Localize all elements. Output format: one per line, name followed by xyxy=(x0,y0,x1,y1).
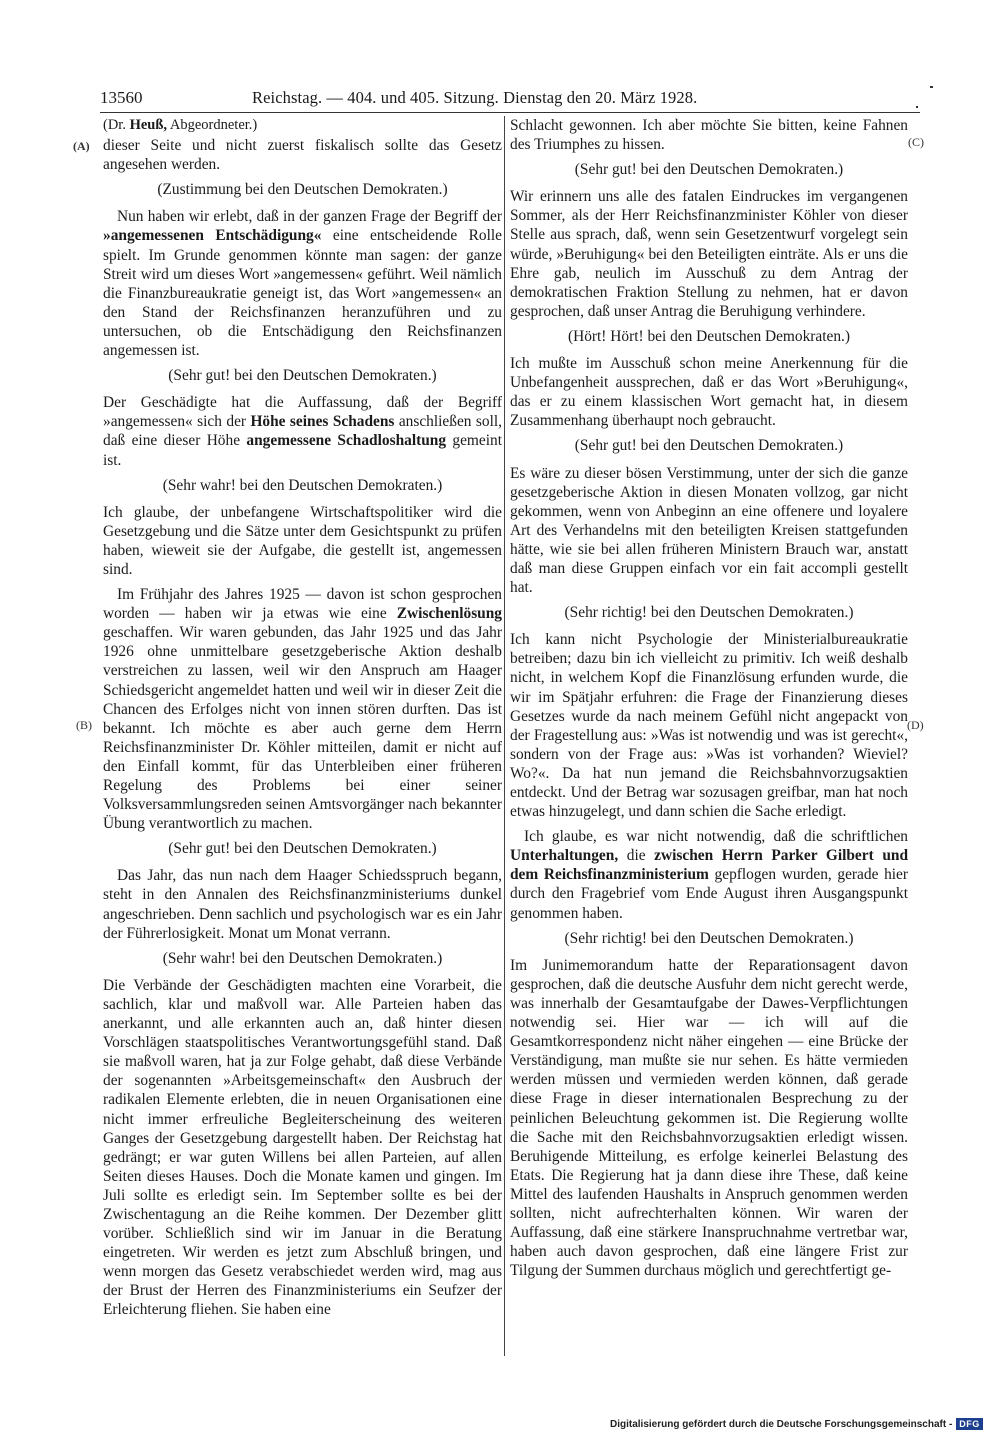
scan-speck xyxy=(916,106,918,108)
interjection: (Sehr gut! bei den Deutschen Demokraten.… xyxy=(103,839,502,858)
text-run: Es wäre zu dieser bösen Verstimmung, unt… xyxy=(510,465,908,597)
paragraph: Schlacht gewonnen. Ich aber möchte Sie b… xyxy=(510,116,908,154)
emphasized-text: angemessene Schadloshaltung xyxy=(246,432,446,449)
text-run: Ich glaube, es war nicht notwendig, daß … xyxy=(524,828,908,845)
page-header: 13560 Reichstag. — 404. und 405. Sitzung… xyxy=(100,86,920,113)
margin-mark-d: (D) xyxy=(907,718,924,733)
paragraph: Ich kann nicht Psychologie der Ministeri… xyxy=(510,630,908,821)
paragraph: Im Frühjahr des Jahres 1925 — davon ist … xyxy=(103,585,502,833)
left-column: (Dr. Heuß, Abgeordneter.) dieser Seite u… xyxy=(103,116,502,1326)
speaker-role: Abgeordneter.) xyxy=(167,117,257,133)
text-run: Im Junimemorandum hatte der Reparationsa… xyxy=(510,957,908,1280)
text-run: geschaffen. Wir waren gebunden, das Jahr… xyxy=(103,624,502,832)
interjection: (Sehr wahr! bei den Deutschen Demokraten… xyxy=(103,949,502,968)
credit-text: Digitalisierung gefördert durch die Deut… xyxy=(610,1419,952,1430)
interjection: (Sehr gut! bei den Deutschen Demokraten.… xyxy=(510,160,908,179)
dfg-logo-icon: DFG xyxy=(956,1418,983,1430)
interjection: (Sehr gut! bei den Deutschen Demokraten.… xyxy=(103,366,502,385)
column-divider xyxy=(504,116,505,1356)
text-run: Wir erinnern uns alle des fatalen Eindru… xyxy=(510,188,908,320)
running-title: Reichstag. — 404. und 405. Sitzung. Dien… xyxy=(252,88,697,108)
margin-mark-c: (C) xyxy=(908,135,924,150)
margin-mark-a: (A) xyxy=(73,139,90,154)
interjection: (Sehr gut! bei den Deutschen Demokraten.… xyxy=(510,436,908,455)
interjection: (Zustimmung bei den Deutschen Demokraten… xyxy=(103,180,502,199)
interjection: (Hört! Hört! bei den Deutschen Demokrate… xyxy=(510,327,908,346)
text-run: Das Jahr, das nun nach dem Haager Schied… xyxy=(103,867,502,941)
emphasized-text: Zwischenlösung xyxy=(397,605,502,622)
emphasized-text: Unterhaltungen, xyxy=(510,847,618,864)
paragraph: Im Junimemorandum hatte der Reparationsa… xyxy=(510,956,908,1281)
text-run: dieser Seite und nicht zuerst fiskalisch… xyxy=(103,137,502,173)
emphasized-text: »angemessenen Entschädigung« xyxy=(103,227,321,244)
paragraph: Das Jahr, das nun nach dem Haager Schied… xyxy=(103,866,502,942)
emphasized-text: Höhe seines Schadens xyxy=(250,413,394,430)
page-number: 13560 xyxy=(100,88,143,108)
speaker-attribution: (Dr. Heuß, Abgeordneter.) xyxy=(103,116,502,135)
text-run: Die Verbände der Geschädigten machten ei… xyxy=(103,977,502,1319)
text-run: die xyxy=(618,847,654,864)
text-run: Ich mußte im Ausschuß schon meine Anerke… xyxy=(510,355,908,429)
interjection: (Sehr richtig! bei den Deutschen Demokra… xyxy=(510,603,908,622)
paragraph: Ich mußte im Ausschuß schon meine Anerke… xyxy=(510,354,908,430)
paragraph: Nun haben wir erlebt, daß in der ganzen … xyxy=(103,207,502,360)
margin-mark-b: (B) xyxy=(76,718,92,733)
paragraph: Ich glaube, es war nicht notwendig, daß … xyxy=(510,827,908,922)
text-run: Schlacht gewonnen. Ich aber möchte Sie b… xyxy=(510,117,908,153)
right-column: Schlacht gewonnen. Ich aber möchte Sie b… xyxy=(510,116,908,1286)
right-column-text: Schlacht gewonnen. Ich aber möchte Sie b… xyxy=(510,116,908,1280)
digitization-credit: Digitalisierung gefördert durch die Deut… xyxy=(610,1418,983,1430)
paragraph: Ich glaube, der unbefangene Wirtschaftsp… xyxy=(103,503,502,579)
paragraph: Die Verbände der Geschädigten machten ei… xyxy=(103,976,502,1320)
left-column-text: dieser Seite und nicht zuerst fiskalisch… xyxy=(103,136,502,1319)
paragraph: Wir erinnern uns alle des fatalen Eindru… xyxy=(510,187,908,321)
speaker-prefix: (Dr. xyxy=(103,117,130,133)
text-run: Nun haben wir erlebt, daß in der ganzen … xyxy=(117,208,502,225)
text-run: Ich glaube, der unbefangene Wirtschaftsp… xyxy=(103,504,502,578)
paragraph: Es wäre zu dieser bösen Verstimmung, unt… xyxy=(510,464,908,598)
text-run: Ich kann nicht Psychologie der Ministeri… xyxy=(510,631,908,820)
document-page: 13560 Reichstag. — 404. und 405. Sitzung… xyxy=(0,0,1000,1434)
paragraph: Der Geschädigte hat die Auffassung, daß … xyxy=(103,393,502,469)
paragraph: dieser Seite und nicht zuerst fiskalisch… xyxy=(103,136,502,174)
interjection: (Sehr richtig! bei den Deutschen Demokra… xyxy=(510,929,908,948)
text-run: eine entscheidende Rolle spielt. Im Grun… xyxy=(103,227,502,359)
scan-speck xyxy=(930,86,933,88)
interjection: (Sehr wahr! bei den Deutschen Demokraten… xyxy=(103,476,502,495)
speaker-name: Heuß, xyxy=(130,117,167,133)
